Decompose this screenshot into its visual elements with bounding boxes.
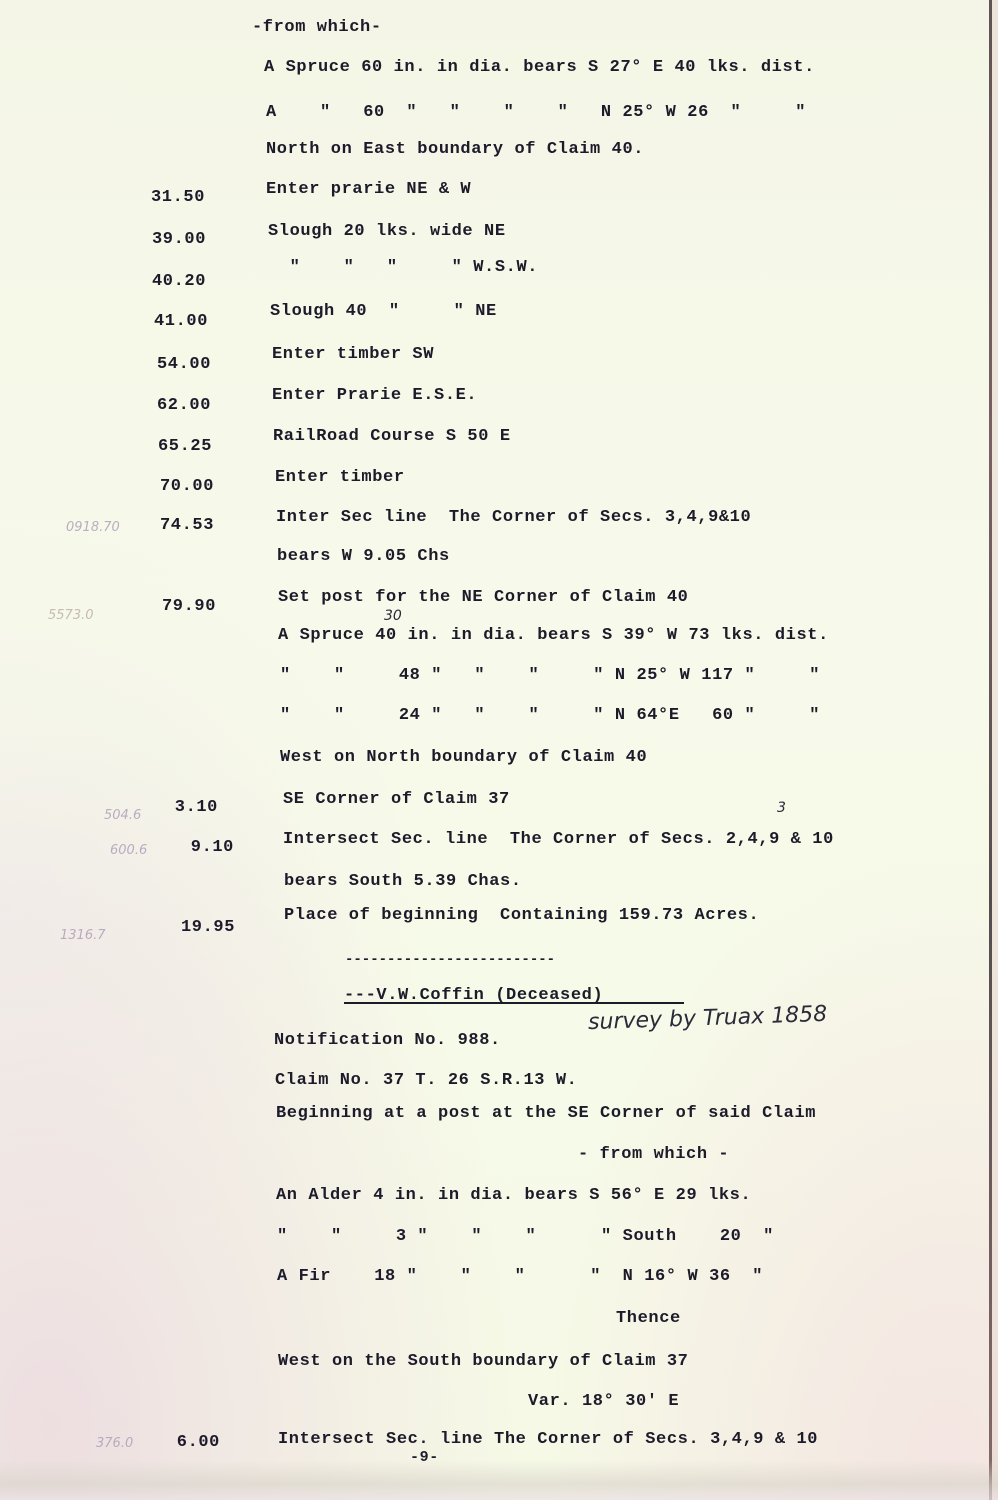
pencil-margin-note: 376.0 [96,1436,133,1451]
entry-text: Enter prarie NE & W [266,180,471,199]
section-separator: ------------------------- [345,952,555,968]
entry-text: Enter timber [275,468,405,487]
entry-text: bears South 5.39 Chas. [284,872,522,891]
bearing-tree-line: " " 3 " " " " South 20 " [277,1227,774,1246]
thence-label: Thence [616,1309,681,1328]
distance-value: 70.00 [134,477,214,496]
beginning-statement: Beginning at a post at the SE Corner of … [276,1104,816,1123]
entry-text: RailRoad Course S 50 E [273,427,511,446]
bearing-tree-line: " " 48 " " " " N 25° W 117 " " [280,666,820,685]
handwritten-correction: 30 [384,608,402,624]
entry-text: Slough 20 lks. wide NE [268,222,506,241]
heading-underline [344,1002,684,1004]
bearing-tree-line: A Fir 18 " " " " N 16° W 36 " [277,1267,763,1286]
distance-value: 62.00 [131,396,211,415]
distance-value: 31.50 [125,188,205,207]
bearing-tree-line: A Spruce 40 in. in dia. bears S 39° W 73… [278,626,829,645]
course-heading: West on North boundary of Claim 40 [280,748,647,767]
distance-value: 19.95 [155,918,235,937]
course-heading: West on the South boundary of Claim 37 [278,1352,688,1371]
course-heading: North on East boundary of Claim 40. [266,140,644,159]
distance-value: 65.25 [132,437,212,456]
pencil-margin-note: 600.6 [110,843,147,858]
distance-value: 9.10 [154,838,234,857]
notification-number: Notification No. 988. [274,1031,501,1050]
distance-value: 54.00 [131,355,211,374]
entry-text: Intersect Sec. line The Corner of Secs. … [283,830,834,849]
page-edge-shadow [992,0,998,1500]
distance-value: 41.00 [128,312,208,331]
pencil-margin-note: 5573.0 [48,608,94,623]
pencil-margin-note: 1316.7 [60,928,106,943]
claim-number: Claim No. 37 T. 26 S.R.13 W. [275,1071,577,1090]
page-binding-edge [989,0,992,1500]
entry-text: Set post for the NE Corner of Claim 40 [278,588,688,607]
entry-text: Intersect Sec. line The Corner of Secs. … [278,1430,818,1449]
entry-text: " " " " W.S.W. [268,258,538,277]
entry-text: SE Corner of Claim 37 [283,790,510,809]
from-which-label: - from which - [578,1145,729,1164]
entry-text: Inter Sec line The Corner of Secs. 3,4,9… [276,508,751,527]
handwritten-correction: 3 [777,800,786,816]
bearing-tree-line: A Spruce 60 in. in dia. bears S 27° E 40… [264,58,815,77]
entry-text: bears W 9.05 Chs [277,547,450,566]
pencil-margin-note: 0918.70 [66,520,120,535]
entry-text: Enter timber SW [272,345,434,364]
entry-text: Place of beginning Containing 159.73 Acr… [284,906,759,925]
distance-value: 74.53 [134,516,214,535]
page-bottom-shadow [0,1460,998,1500]
bearing-tree-line: A " 60 " " " " N 25° W 26 " " [266,103,806,122]
bearing-tree-line: An Alder 4 in. in dia. bears S 56° E 29 … [276,1186,751,1205]
handwritten-note: survey by Truax 1858 [588,1002,828,1035]
distance-value: 40.20 [126,272,206,291]
distance-value: 79.90 [136,597,216,616]
distance-value: 6.00 [140,1433,220,1452]
pencil-margin-note: 504.6 [104,808,141,823]
from-which-label: -from which- [252,18,382,37]
entry-text: Enter Prarie E.S.E. [272,386,477,405]
distance-value: 39.00 [126,230,206,249]
entry-text: Slough 40 " " NE [270,302,497,321]
bearing-tree-line: " " 24 " " " " N 64°E 60 " " [280,706,820,725]
variation-label: Var. 18° 30' E [528,1392,679,1411]
distance-value: 3.10 [138,798,218,817]
